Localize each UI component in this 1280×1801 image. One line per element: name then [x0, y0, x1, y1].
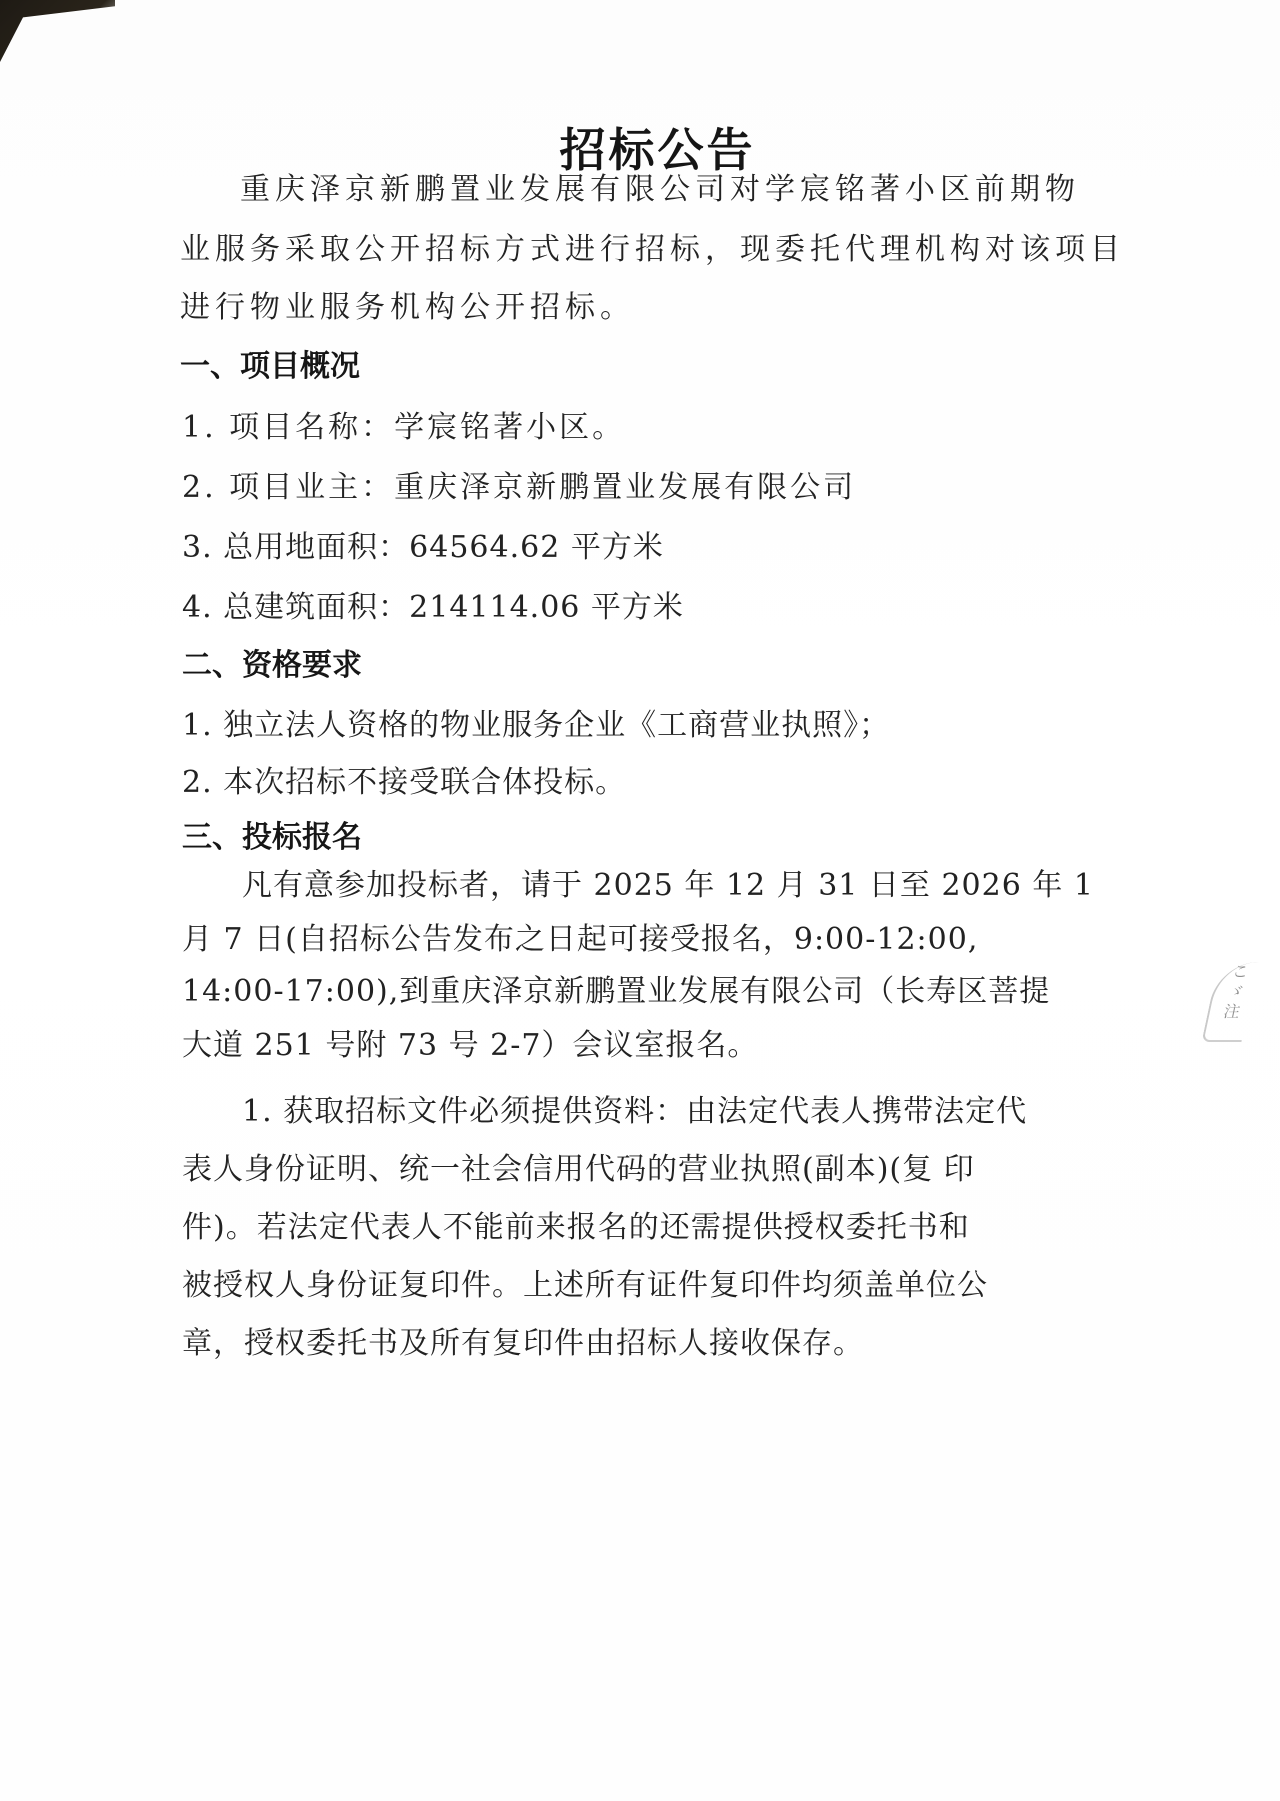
registration-line-4: 大道 251 号附 73 号 2-7）会议室报名。 — [182, 1028, 758, 1064]
qualification-item-2: 2. 本次招标不接受联合体投标。 — [182, 765, 626, 801]
registration-line-3: 14:00-17:00),到重庆泽京新鹏置业发展有限公司（长寿区菩提 — [182, 974, 1050, 1010]
required-docs-line-4: 被授权人身份证复印件。上述所有证件复印件均须盖单位公 — [182, 1268, 988, 1304]
required-docs-line-2: 表人身份证明、统一社会信用代码的营业执照(副本)(复 印 — [182, 1152, 975, 1188]
page-corner-shadow — [0, 0, 115, 62]
qualification-item-1: 1. 独立法人资格的物业服务企业《工商营业执照》； — [182, 708, 890, 744]
overview-item-project-name: 1. 项目名称：学宸铭著小区。 — [182, 410, 625, 446]
section-heading-registration: 三、投标报名 — [182, 820, 362, 856]
section-heading-qualifications: 二、资格要求 — [182, 648, 362, 684]
registration-line-2: 月 7 日(自招标公告发布之日起可接受报名，9:00-12:00, — [182, 922, 978, 958]
scanned-document-page: 招标公告 重庆泽京新鹏置业发展有限公司对学宸铭著小区前期物 业服务采取公开招标方… — [0, 0, 1280, 1801]
stamp-char-2: ゞ — [1226, 982, 1254, 1002]
section-heading-overview: 一、项目概况 — [180, 349, 360, 385]
intro-line-1: 重庆泽京新鹏置业发展有限公司对学宸铭著小区前期物 — [240, 172, 1080, 208]
required-docs-line-1: 1. 获取招标文件必须提供资料：由法定代表人携带法定代 — [242, 1094, 1027, 1130]
overview-item-land-area: 3. 总用地面积：64564.62 平方米 — [182, 530, 664, 566]
document-title: 招标公告 — [0, 122, 1280, 178]
overview-item-building-area: 4. 总建筑面积：214114.06 平方米 — [182, 590, 684, 626]
required-docs-line-5: 章，授权委托书及所有复印件由招标人接收保存。 — [182, 1326, 864, 1362]
overview-item-owner: 2. 项目业主：重庆泽京新鹏置业发展有限公司 — [182, 470, 856, 506]
margin-seal-stamp: こ ゞ 注 — [1201, 962, 1258, 1042]
stamp-char-1: こ — [1230, 962, 1258, 982]
registration-line-1: 凡有意参加投标者，请于 2025 年 12 月 31 日至 2026 年 1 — [242, 868, 1094, 904]
stamp-char-3: 注 — [1222, 1002, 1250, 1022]
intro-line-3: 进行物业服务机构公开招标。 — [180, 290, 635, 326]
intro-line-2: 业服务采取公开招标方式进行招标，现委托代理机构对该项目 — [180, 232, 1125, 268]
required-docs-line-3: 件)。若法定代表人不能前来报名的还需提供授权委托书和 — [182, 1210, 970, 1246]
